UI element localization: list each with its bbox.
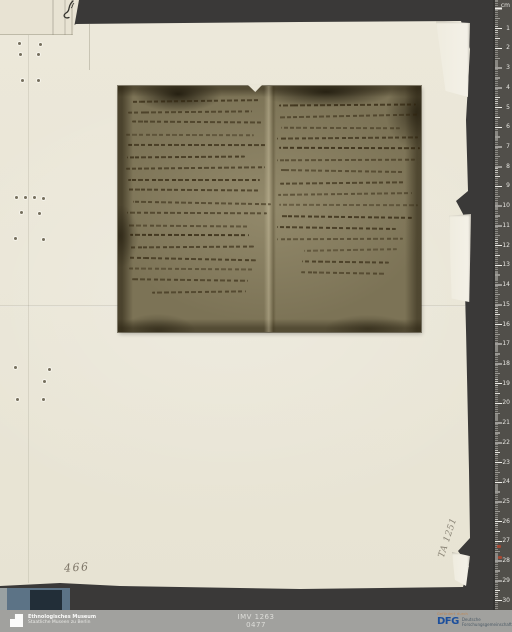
ruler-number: 2 bbox=[506, 44, 510, 51]
pin-hole bbox=[15, 196, 18, 199]
pin-hole bbox=[42, 398, 45, 401]
ruler-number: 3 bbox=[506, 64, 510, 71]
binding-patch bbox=[0, 588, 70, 611]
script-line bbox=[128, 257, 256, 262]
ruler-number: 12 bbox=[502, 242, 510, 249]
script-line bbox=[301, 271, 386, 275]
script-line bbox=[277, 159, 415, 162]
ruler-number: 27 bbox=[502, 537, 510, 544]
ruler-number: 5 bbox=[506, 104, 510, 111]
ruler-number: 6 bbox=[506, 123, 510, 130]
pin-hole bbox=[42, 197, 45, 200]
ink-squiggle-mark bbox=[56, 0, 80, 24]
pin-hole bbox=[21, 79, 24, 82]
shelfmark: IMV 1263 0477 bbox=[0, 613, 512, 629]
folio-number-annotation: 466 bbox=[64, 560, 90, 575]
ruler-number: 24 bbox=[502, 478, 510, 485]
torn-edge-flap bbox=[449, 214, 471, 302]
pin-hole bbox=[19, 53, 22, 56]
ruler-number: 17 bbox=[502, 340, 510, 347]
script-line bbox=[277, 226, 396, 230]
script-line bbox=[279, 147, 420, 150]
pin-hole bbox=[18, 42, 21, 45]
script-line bbox=[133, 201, 271, 206]
footer-bar: Ethnologisches Museum Staatliche Museen … bbox=[0, 610, 512, 632]
ruler-number: 28 bbox=[502, 557, 510, 564]
ruler-number: 23 bbox=[502, 459, 510, 466]
ruler-number: 26 bbox=[502, 518, 510, 525]
script-line bbox=[277, 238, 403, 241]
vertical-crease bbox=[89, 24, 90, 70]
script-line bbox=[129, 245, 254, 248]
ruler-number: 4 bbox=[506, 84, 510, 91]
dfg-logo: DFG bbox=[437, 617, 459, 626]
ruler-cm-ticks bbox=[495, 0, 502, 632]
pin-hole bbox=[16, 398, 19, 401]
script-line bbox=[277, 137, 418, 141]
script-line bbox=[280, 181, 406, 185]
ruler: cm 1234567891011121314151617181920212223… bbox=[493, 0, 512, 632]
ruler-number: 10 bbox=[502, 202, 510, 209]
binding-edge bbox=[0, 588, 7, 611]
pin-hole bbox=[24, 196, 27, 199]
script-line bbox=[128, 111, 252, 115]
script-line bbox=[126, 166, 265, 170]
script-line bbox=[278, 203, 417, 206]
script-line bbox=[128, 188, 260, 191]
ruler-number: 21 bbox=[502, 419, 510, 426]
script-line bbox=[128, 144, 266, 147]
pin-hole bbox=[38, 212, 41, 215]
photo-center-fold bbox=[264, 86, 276, 332]
script-line bbox=[132, 278, 248, 282]
ruler-number: 13 bbox=[502, 261, 510, 268]
script-line bbox=[127, 224, 248, 227]
script-line bbox=[279, 114, 418, 119]
ruler-number: 22 bbox=[502, 439, 510, 446]
ruler-number: 15 bbox=[502, 301, 510, 308]
script-line bbox=[127, 155, 245, 158]
script-line bbox=[302, 260, 389, 264]
ruler-number: 9 bbox=[506, 182, 510, 189]
vertical-crease bbox=[28, 30, 29, 583]
ruler-number: 20 bbox=[502, 399, 510, 406]
pin-hole bbox=[33, 196, 36, 199]
pin-hole bbox=[37, 53, 40, 56]
ruler-number: 8 bbox=[506, 163, 510, 170]
ruler-number: 25 bbox=[502, 498, 510, 505]
photo-torn-notch bbox=[248, 85, 262, 92]
funding-credit: Gefördert durch DFG Deutsche Forschungsg… bbox=[437, 612, 512, 627]
pin-hole bbox=[39, 43, 42, 46]
pin-hole bbox=[48, 368, 51, 371]
script-line bbox=[130, 234, 249, 237]
pin-hole bbox=[37, 79, 40, 82]
manuscript-photo bbox=[118, 86, 421, 332]
ruler-number: 1 bbox=[506, 25, 510, 32]
script-line bbox=[279, 103, 416, 106]
ruler-number: 11 bbox=[502, 222, 510, 229]
pin-hole bbox=[42, 238, 45, 241]
funding-org-name: Deutsche Forschungsgemeinschaft bbox=[462, 618, 512, 627]
shelfmark-page: 0477 bbox=[0, 621, 512, 629]
pin-hole bbox=[20, 211, 23, 214]
pin-hole bbox=[43, 380, 46, 383]
script-line bbox=[304, 249, 397, 253]
shelfmark-id: IMV 1263 bbox=[0, 613, 512, 621]
ruler-unit-label: cm bbox=[501, 2, 510, 9]
red-mark bbox=[497, 545, 501, 548]
script-line bbox=[126, 134, 254, 137]
script-line bbox=[278, 192, 412, 196]
script-line bbox=[127, 212, 267, 215]
script-line bbox=[281, 126, 400, 129]
script-line bbox=[128, 179, 260, 181]
ruler-number: 19 bbox=[502, 380, 510, 387]
pin-hole bbox=[14, 237, 17, 240]
script-line bbox=[152, 290, 246, 294]
pin-hole bbox=[14, 366, 17, 369]
script-line bbox=[132, 121, 264, 124]
ruler-number: 30 bbox=[502, 597, 510, 604]
ruler-number: 7 bbox=[506, 143, 510, 150]
script-line bbox=[131, 99, 259, 103]
ruler-number: 29 bbox=[502, 577, 510, 584]
script-line bbox=[279, 169, 403, 173]
ruler-number: 16 bbox=[502, 321, 510, 328]
binding-shadow bbox=[30, 590, 62, 611]
digitized-manuscript-scan: 466 TA 1251 cm 1234567891011121314151617… bbox=[0, 0, 512, 632]
script-line bbox=[129, 268, 255, 271]
ruler-number: 18 bbox=[502, 360, 510, 367]
ruler-number: 14 bbox=[502, 281, 510, 288]
script-line bbox=[280, 215, 412, 219]
